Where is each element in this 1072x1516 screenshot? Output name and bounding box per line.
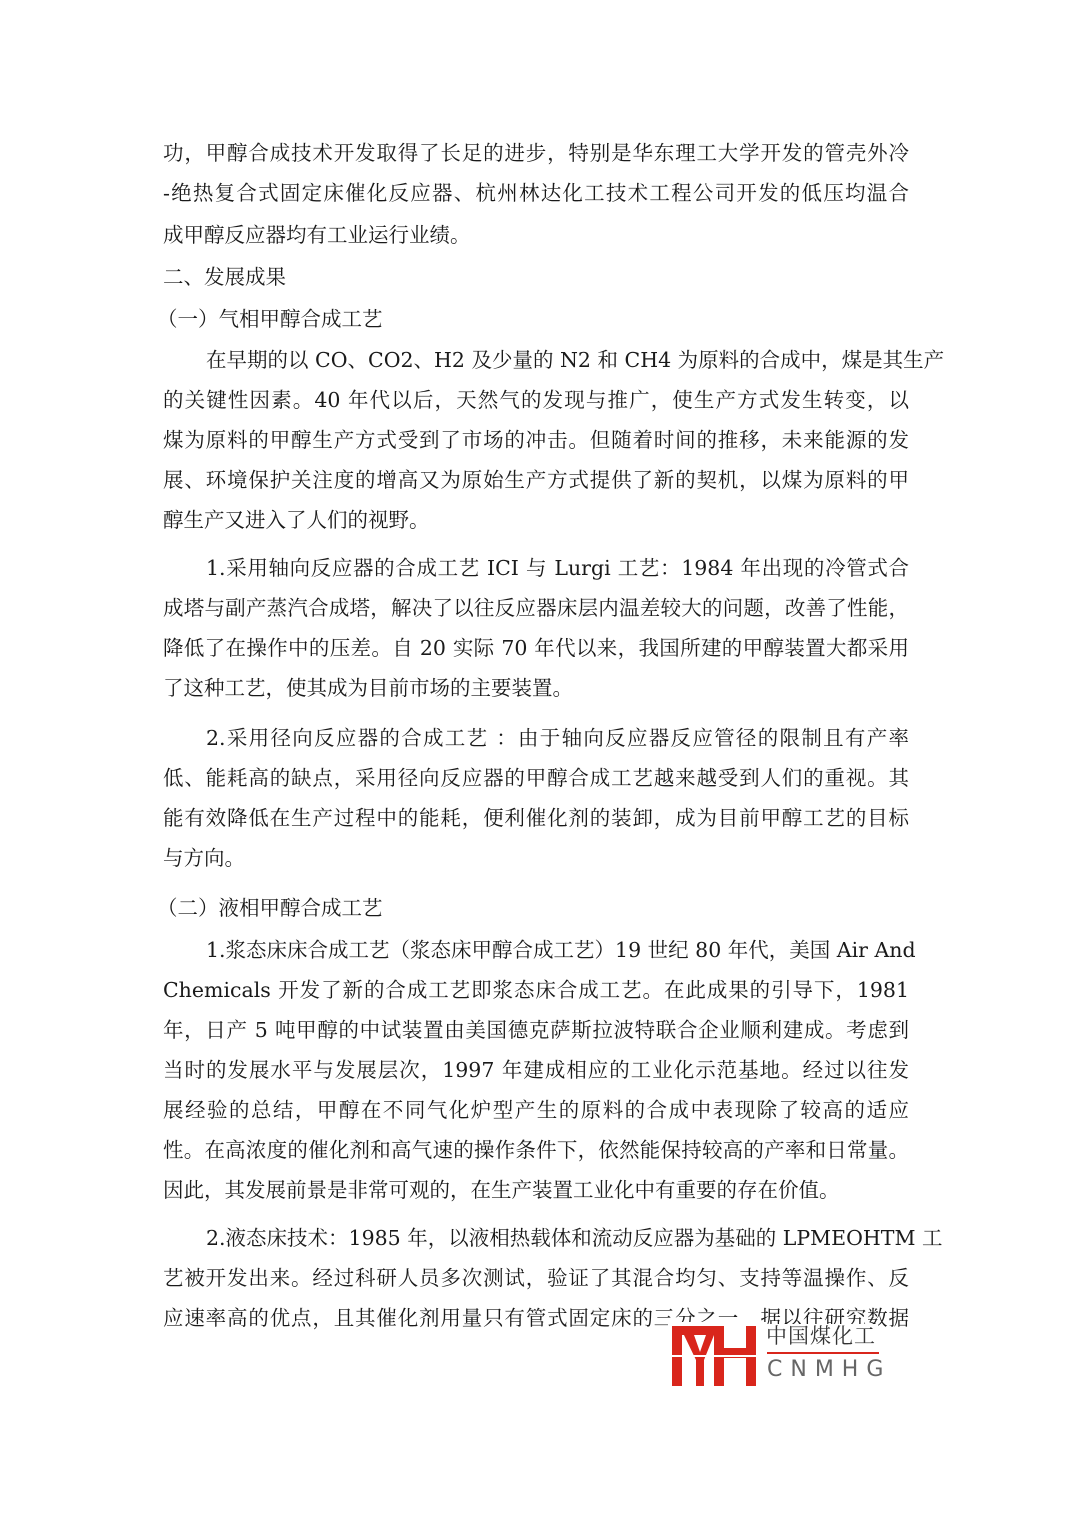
text-line: 在早期的以 CO、CO2、H2 及少量的 N2 和 CH4 为原料的合成中，煤是… bbox=[163, 345, 909, 375]
text-line: 煤为原料的甲醇生产方式受到了市场的冲击。但随着时间的推移，未来能源的发 bbox=[163, 425, 909, 455]
text-line: 艺被开发出来。经过科研人员多次测试，验证了其混合均匀、支持等温操作、反 bbox=[163, 1263, 909, 1293]
watermark-logo: 中国煤化工 CNMHG bbox=[670, 1322, 880, 1388]
text-line: 功，甲醇合成技术开发取得了长足的进步，特别是华东理工大学开发的管壳外冷 bbox=[163, 138, 909, 168]
subsection-heading: （一）气相甲醇合成工艺 bbox=[157, 304, 903, 334]
text-line: 低、能耗高的缺点，采用径向反应器的甲醇合成工艺越来越受到人们的重视。其 bbox=[163, 763, 909, 793]
text-line: 展、环境保护关注度的增高又为原始生产方式提供了新的契机，以煤为原料的甲 bbox=[163, 465, 909, 495]
text-line: 成塔与副产蒸汽合成塔，解决了以往反应器床层内温差较大的问题，改善了性能， bbox=[163, 593, 909, 623]
text-line: 与方向。 bbox=[163, 843, 909, 873]
text-line: 降低了在操作中的压差。自 20 实际 70 年代以来，我国所建的甲醇装置大都采用 bbox=[163, 633, 909, 663]
text-line: Chemicals 开发了新的合成工艺即浆态床合成工艺。在此成果的引导下，198… bbox=[163, 975, 909, 1005]
text-line: -绝热复合式固定床催化反应器、杭州林达化工技术工程公司开发的低压均温合 bbox=[163, 178, 909, 208]
text-line: 性。在高浓度的催化剂和高气速的操作条件下，依然能保持较高的产率和日常量。 bbox=[163, 1135, 909, 1165]
text-line: 的关键性因素。40 年代以后，天然气的发现与推广，使生产方式发生转变，以 bbox=[163, 385, 909, 415]
text-line: 能有效降低在生产过程中的能耗，便利催化剂的装卸，成为目前甲醇工艺的目标 bbox=[163, 803, 909, 833]
text-line: 1.采用轴向反应器的合成工艺 ICI 与 Lurgi 工艺：1984 年出现的冷… bbox=[163, 553, 909, 583]
text-line: 2.采用径向反应器的合成工艺 ：由于轴向反应器反应管径的限制且有产率 bbox=[163, 723, 909, 753]
text-line: 当时的发展水平与发展层次，1997 年建成相应的工业化示范基地。经过以往发 bbox=[163, 1055, 909, 1085]
text-line: 了这种工艺，使其成为目前市场的主要装置。 bbox=[163, 673, 909, 703]
logo-english-name: CNMHG bbox=[767, 1356, 891, 1384]
logo-chinese-name: 中国煤化工 bbox=[766, 1324, 878, 1348]
subsection-heading: （二）液相甲醇合成工艺 bbox=[157, 893, 903, 923]
cnmhg-logo-mark-icon bbox=[670, 1326, 758, 1386]
logo-divider bbox=[767, 1352, 879, 1354]
text-line: 醇生产又进入了人们的视野。 bbox=[163, 505, 909, 535]
text-line: 展经验的总结，甲醇在不同气化炉型产生的原料的合成中表现除了较高的适应 bbox=[163, 1095, 909, 1125]
section-heading: 二、发展成果 bbox=[163, 262, 909, 292]
text-line: 因此，其发展前景是非常可观的，在生产装置工业化中有重要的存在价值。 bbox=[163, 1175, 909, 1205]
text-line: 2.液态床技术：1985 年，以液相热载体和流动反应器为基础的 LPMEOHTM… bbox=[163, 1223, 909, 1253]
text-line: 成甲醇反应器均有工业运行业绩。 bbox=[163, 220, 909, 250]
text-line: 1.浆态床床合成工艺（浆态床甲醇合成工艺）19 世纪 80 年代，美国 Air … bbox=[163, 935, 909, 965]
text-line: 年，日产 5 吨甲醇的中试装置由美国德克萨斯拉波特联合企业顺利建成。考虑到 bbox=[163, 1015, 909, 1045]
